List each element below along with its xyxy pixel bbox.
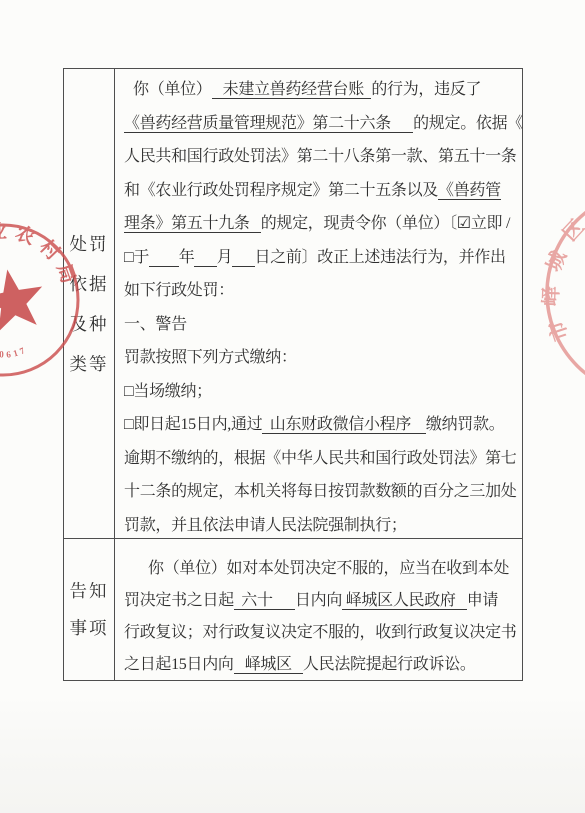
filled-in-blank (232, 249, 254, 267)
scanned-penalty-document-page: 处罚依据及种类等 你（单位） 未建立兽药经营台账 的行为，违反了《兽药经营质量管… (0, 0, 585, 813)
star-icon (0, 264, 49, 334)
text-segment: 十二条的规定，本机关将每日按罚款数额的百分之三加处 (124, 483, 517, 500)
row-label-cell: 处罚依据及种类等 (64, 69, 115, 538)
text-line: □当场缴纳； (124, 375, 522, 409)
penalty-basis-label: 处罚依据及种类等 (68, 224, 110, 384)
text-segment: □当场缴纳； (124, 383, 212, 400)
text-segment: 一、警告 (124, 316, 187, 333)
text-line: 逾期不缴纳的，根据《中华人民共和国行政处罚法》第七 (124, 442, 522, 476)
filled-in-blank (149, 249, 179, 267)
text-segment: 你（单位） (133, 81, 212, 98)
text-segment: 之日起15日内向 (124, 656, 234, 673)
text-segment: 人民共和国行政处罚法》第二十八条第一款、第五十一条 (124, 148, 517, 165)
filled-in-blank: 《兽药经营质量管理规范》第二十六条 (124, 115, 413, 133)
text-line: 行政复议；对行政复议决定不服的，收到行政复议决定书 (124, 617, 518, 649)
seal-arc-text: 市峄城区农 (540, 186, 585, 344)
text-line: 罚款按照下列方式缴纳： (124, 341, 522, 375)
filled-in-blank: 峄城区人民政府 (342, 592, 467, 610)
text-line: 人民共和国行政处罚法》第二十八条第一款、第五十一条 (124, 140, 522, 174)
text-segment: 日内向 (295, 592, 342, 609)
text-segment: 逾期不缴纳的，根据《中华人民共和国行政处罚法》第七 (124, 450, 517, 467)
text-line: 你（单位）如对本处罚决定不服的，应当在收到本处 (124, 553, 518, 585)
text-segment: 你（单位）如对本处罚决定不服的，应当在收到本处 (148, 560, 509, 577)
text-line: 之日起15日内向 峄城区 人民法院提起行政诉讼。 (124, 649, 518, 680)
text-line: □于 年 月 日之前〕改正上述违法行为，并作出 (124, 241, 522, 275)
seal-ring (547, 190, 585, 396)
penalty-decision-table: 处罚依据及种类等 你（单位） 未建立兽药经营台账 的行为，违反了《兽药经营质量管… (63, 68, 523, 681)
text-line: □即日起15日内,通过 山东财政微信小程序 缴纳罚款。 (124, 408, 522, 442)
filled-in-blank: 未建立兽药经营台账 (212, 81, 372, 99)
text-segment: 的行为，违反了 (371, 81, 481, 98)
text-segment: 和《农业行政处罚程序规定》第二十五条以及 (124, 182, 438, 199)
text-line: 罚决定书之日起 六十 日内向 峄城区人民政府 申请 (124, 585, 518, 617)
row-label-cell: 告知事项 (64, 539, 115, 680)
text-segment: 的规定，现责令你（单位）〔☑立即 / (261, 215, 510, 232)
text-segment: 罚款按照下列方式缴纳： (124, 349, 297, 366)
text-segment: □于 (124, 249, 149, 266)
text-segment: 罚决定书之日起 (124, 592, 234, 609)
text-line: 十二条的规定，本机关将每日按罚款数额的百分之三加处 (124, 475, 522, 509)
official-seal-right: 市峄城区农 (540, 183, 585, 403)
table-row-penalty-basis: 处罚依据及种类等 你（单位） 未建立兽药经营台账 的行为，违反了《兽药经营质量管… (64, 69, 522, 539)
text-line: 你（单位） 未建立兽药经营台账 的行为，违反了 (124, 73, 522, 107)
text-line: 理条》第五十九条 的规定，现责令你（单位）〔☑立即 / (124, 207, 522, 241)
penalty-basis-content: 你（单位） 未建立兽药经营台账 的行为，违反了《兽药经营质量管理规范》第二十六条… (115, 69, 522, 538)
text-line: 《兽药经营质量管理规范》第二十六条 的规定。依据《中华 (124, 107, 522, 141)
filled-in-blank: 《兽药管 (438, 182, 501, 200)
text-line: 和《农业行政处罚程序规定》第二十五条以及《兽药管 (124, 174, 522, 208)
text-segment: 缴纳罚款。 (426, 416, 505, 433)
text-line: 罚款，并且依法申请人民法院强制执行； (124, 509, 522, 540)
text-line: 一、警告 (124, 308, 522, 342)
notification-label: 告知事项 (68, 573, 110, 647)
text-segment: 行政复议；对行政复议决定不服的，收到行政复议决定书 (124, 624, 517, 641)
filled-in-blank: 理条》第五十九条 (124, 215, 261, 233)
notification-content: 你（单位）如对本处罚决定不服的，应当在收到本处罚决定书之日起 六十 日内向 峄城… (115, 539, 522, 680)
text-segment: 年 (179, 249, 195, 266)
text-segment: 罚款，并且依法申请人民法院强制执行； (124, 517, 407, 534)
text-segment: □即日起15日内,通过 (124, 416, 262, 433)
text-segment: 日之前〕改正上述违法行为，并作出 (255, 249, 506, 266)
seal-code-text: 0430617 (0, 344, 29, 360)
filled-in-blank (194, 249, 216, 267)
table-row-notification: 告知事项 你（单位）如对本处罚决定不服的，应当在收到本处罚决定书之日起 六十 日… (64, 539, 522, 680)
text-segment: 的规定。依据《中华 (413, 115, 522, 132)
text-line: 如下行政处罚： (124, 274, 522, 308)
text-segment: 人民法院提起行政诉讼。 (303, 656, 476, 673)
text-segment: 申请 (467, 592, 498, 609)
filled-in-blank: 山东财政微信小程序 (262, 416, 426, 434)
text-segment: 月 (217, 249, 233, 266)
filled-in-blank: 峄城区 (234, 656, 303, 674)
filled-in-blank: 六十 (234, 592, 295, 610)
text-segment: 如下行政处罚： (124, 282, 234, 299)
